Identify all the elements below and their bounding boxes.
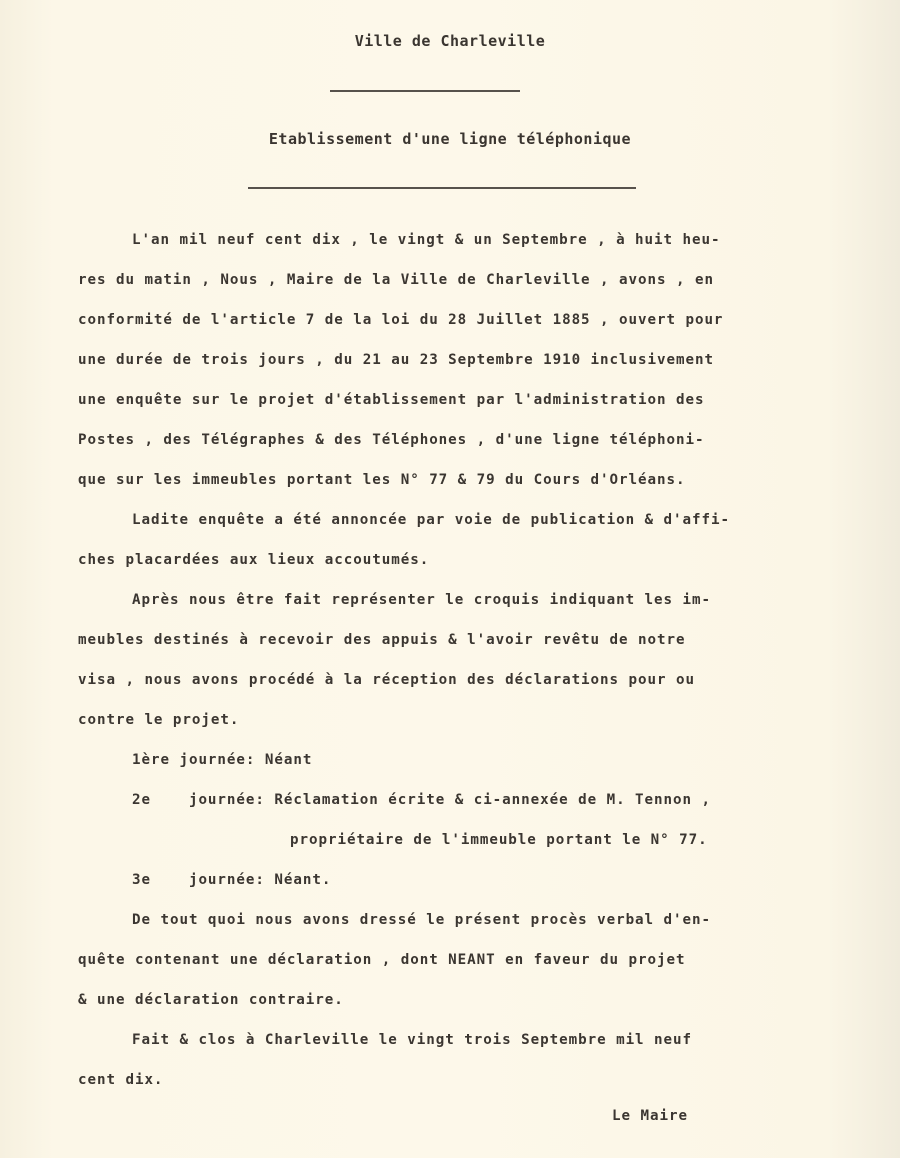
body-line: ches placardées aux lieux accoutumés. [78,552,429,568]
heading-divider-short [330,90,520,92]
day-3-entry: 3e journée: Néant. [132,872,331,888]
body-line: & une déclaration contraire. [78,992,344,1008]
closing-line: Fait & clos à Charleville le vingt trois… [132,1032,692,1048]
day-2-entry: 2e journée: Réclamation écrite & ci-anne… [132,792,711,808]
body-line: quête contenant une déclaration , dont N… [78,952,685,968]
document-page: Ville de Charleville Etablissement d'une… [0,0,900,1158]
body-line: que sur les immeubles portant les N° 77 … [78,472,685,488]
heading-divider-long [248,187,636,189]
body-line: Postes , des Télégraphes & des Téléphone… [78,432,704,448]
day-1-entry: 1ère journée: Néant [132,752,312,768]
body-line: Après nous être fait représenter le croq… [132,592,711,608]
body-line: visa , nous avons procédé à la réception… [78,672,695,688]
day-2-entry-continued: propriétaire de l'immeuble portant le N°… [290,832,708,848]
closing-line: cent dix. [78,1072,163,1088]
body-line: meubles destinés à recevoir des appuis &… [78,632,685,648]
body-line: conformité de l'article 7 de la loi du 2… [78,312,723,328]
body-line: res du matin , Nous , Maire de la Ville … [78,272,714,288]
town-heading: Ville de Charleville [0,32,900,50]
document-subject: Etablissement d'une ligne téléphonique [0,130,900,148]
body-line: L'an mil neuf cent dix , le vingt & un S… [132,232,720,248]
signature-label: Le Maire [612,1108,688,1124]
body-line: une durée de trois jours , du 21 au 23 S… [78,352,714,368]
body-line: contre le projet. [78,712,239,728]
body-line: une enquête sur le projet d'établissemen… [78,392,704,408]
body-line: De tout quoi nous avons dressé le présen… [132,912,711,928]
body-line: Ladite enquête a été annoncée par voie d… [132,512,730,528]
